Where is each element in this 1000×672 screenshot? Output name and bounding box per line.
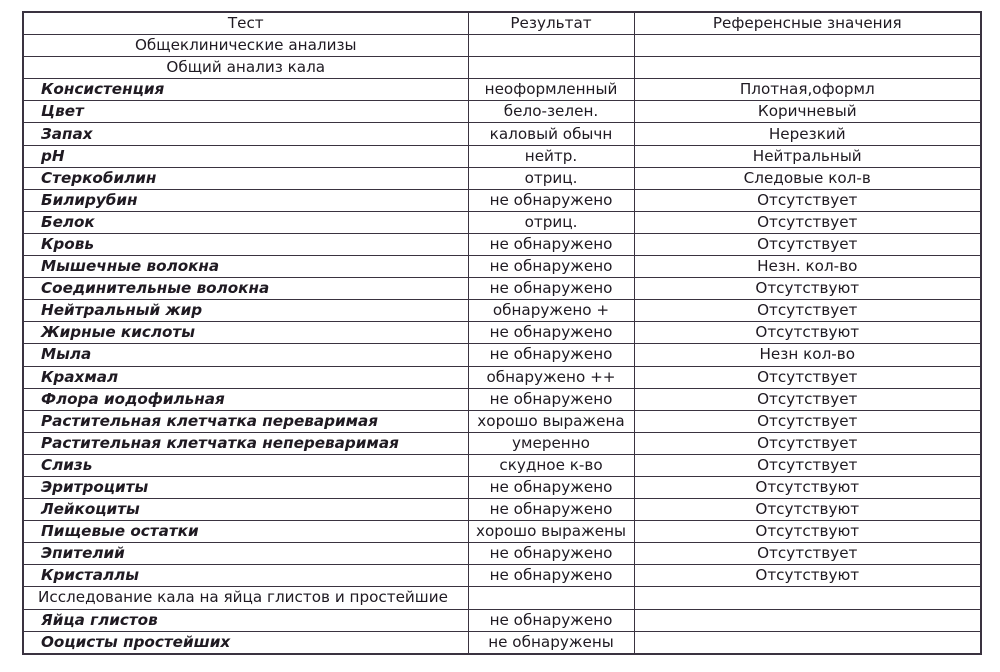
section-title: Исследование кала на яйца глистов и прос… — [23, 587, 468, 609]
table-row: Билирубинне обнаруженоОтсутствует — [23, 189, 981, 211]
reference-value: Отсутствуют — [634, 476, 981, 498]
result-value: не обнаружено — [468, 499, 634, 521]
test-name: Консистенция — [23, 79, 468, 101]
result-value: отриц. — [468, 211, 634, 233]
test-name: Яйца глистов — [23, 609, 468, 631]
table-row: Растительная клетчатка переваримаяхорошо… — [23, 410, 981, 432]
table-row: Кристаллыне обнаруженоОтсутствуют — [23, 565, 981, 587]
test-name: Слизь — [23, 454, 468, 476]
table-row: Эритроцитыне обнаруженоОтсутствуют — [23, 476, 981, 498]
table-row: Флора иодофильнаяне обнаруженоОтсутствуе… — [23, 388, 981, 410]
result-value: неоформленный — [468, 79, 634, 101]
table-row: Стеркобилинотриц.Следовые кол-в — [23, 167, 981, 189]
table-row: Цветбело-зелен.Коричневый — [23, 101, 981, 123]
test-name: Жирные кислоты — [23, 322, 468, 344]
table-row: Мышечные волокнане обнаруженоНезн. кол-в… — [23, 256, 981, 278]
result-value: обнаружено + — [468, 300, 634, 322]
reference-value: Нерезкий — [634, 123, 981, 145]
section-title: Общий анализ кала — [23, 57, 468, 79]
test-name: pH — [23, 145, 468, 167]
header-reference: Референсные значения — [634, 12, 981, 35]
result-value: нейтр. — [468, 145, 634, 167]
header-test: Тест — [23, 12, 468, 35]
test-name: Мышечные волокна — [23, 256, 468, 278]
table-row: Жирные кислотыне обнаруженоОтсутствуют — [23, 322, 981, 344]
test-name: Запах — [23, 123, 468, 145]
result-value: не обнаружено — [468, 543, 634, 565]
test-name: Пищевые остатки — [23, 521, 468, 543]
result-value: не обнаружено — [468, 233, 634, 255]
reference-value — [634, 35, 981, 57]
table-row: pHнейтр.Нейтральный — [23, 145, 981, 167]
reference-value: Отсутствует — [634, 454, 981, 476]
test-name: Ооцисты простейших — [23, 631, 468, 654]
result-value: не обнаружены — [468, 631, 634, 654]
lab-results-table: Тест Результат Референсные значения Обще… — [22, 11, 982, 655]
reference-value — [634, 57, 981, 79]
test-name: Лейкоциты — [23, 499, 468, 521]
reference-value: Отсутствуют — [634, 278, 981, 300]
reference-value: Отсутствуют — [634, 565, 981, 587]
table-row: Мылане обнаруженоНезн кол-во — [23, 344, 981, 366]
table-row: Пищевые остаткихорошо выраженыОтсутствую… — [23, 521, 981, 543]
reference-value: Плотная,оформл — [634, 79, 981, 101]
table-row: Крахмалобнаружено ++Отсутствует — [23, 366, 981, 388]
result-value: не обнаружено — [468, 388, 634, 410]
reference-value — [634, 631, 981, 654]
reference-value: Отсутствуют — [634, 499, 981, 521]
result-value: бело-зелен. — [468, 101, 634, 123]
result-value: каловый обычн — [468, 123, 634, 145]
table-row: Эпителийне обнаруженоОтсутствует — [23, 543, 981, 565]
table-row: Нейтральный жиробнаружено +Отсутствует — [23, 300, 981, 322]
result-value: обнаружено ++ — [468, 366, 634, 388]
table-row: Запахкаловый обычнНерезкий — [23, 123, 981, 145]
reference-value: Отсутствует — [634, 189, 981, 211]
reference-value: Следовые кол-в — [634, 167, 981, 189]
reference-value: Коричневый — [634, 101, 981, 123]
result-value: не обнаружено — [468, 322, 634, 344]
section-row: Общеклинические анализы — [23, 35, 981, 57]
test-name: Билирубин — [23, 189, 468, 211]
result-value: не обнаружено — [468, 565, 634, 587]
reference-value: Отсутствует — [634, 300, 981, 322]
result-value — [468, 587, 634, 609]
reference-value: Отсутствует — [634, 543, 981, 565]
test-name: Мыла — [23, 344, 468, 366]
table-row: Лейкоцитыне обнаруженоОтсутствуют — [23, 499, 981, 521]
table-row: Ооцисты простейшихне обнаружены — [23, 631, 981, 654]
header-result: Результат — [468, 12, 634, 35]
section-title: Общеклинические анализы — [23, 35, 468, 57]
table-row: Растительная клетчатка непереваримаяумер… — [23, 432, 981, 454]
result-value: хорошо выражена — [468, 410, 634, 432]
table-row: Белокотриц.Отсутствует — [23, 211, 981, 233]
reference-value: Отсутствует — [634, 432, 981, 454]
result-value: не обнаружено — [468, 189, 634, 211]
reference-value: Отсутствует — [634, 388, 981, 410]
table-row: КонсистенциянеоформленныйПлотная,оформл — [23, 79, 981, 101]
reference-value: Отсутствует — [634, 211, 981, 233]
test-name: Крахмал — [23, 366, 468, 388]
section-row: Исследование кала на яйца глистов и прос… — [23, 587, 981, 609]
test-name: Белок — [23, 211, 468, 233]
reference-value: Незн кол-во — [634, 344, 981, 366]
table-body: Общеклинические анализыОбщий анализ кала… — [23, 35, 981, 654]
test-name: Эритроциты — [23, 476, 468, 498]
section-row: Общий анализ кала — [23, 57, 981, 79]
result-value: не обнаружено — [468, 476, 634, 498]
result-value: не обнаружено — [468, 344, 634, 366]
table-header-row: Тест Результат Референсные значения — [23, 12, 981, 35]
result-value: умеренно — [468, 432, 634, 454]
reference-value: Отсутствует — [634, 410, 981, 432]
reference-value: Нейтральный — [634, 145, 981, 167]
table-row: Слизьскудное к-воОтсутствует — [23, 454, 981, 476]
reference-value: Отсутствует — [634, 233, 981, 255]
result-value: не обнаружено — [468, 256, 634, 278]
result-value: не обнаружено — [468, 278, 634, 300]
test-name: Соединительные волокна — [23, 278, 468, 300]
test-name: Нейтральный жир — [23, 300, 468, 322]
reference-value: Отсутствует — [634, 366, 981, 388]
test-name: Стеркобилин — [23, 167, 468, 189]
test-name: Цвет — [23, 101, 468, 123]
table-row: Соединительные волокнане обнаруженоОтсут… — [23, 278, 981, 300]
result-value: не обнаружено — [468, 609, 634, 631]
test-name: Эпителий — [23, 543, 468, 565]
test-name: Кровь — [23, 233, 468, 255]
result-value — [468, 57, 634, 79]
result-value: скудное к-во — [468, 454, 634, 476]
result-value: отриц. — [468, 167, 634, 189]
reference-value — [634, 609, 981, 631]
test-name: Растительная клетчатка переваримая — [23, 410, 468, 432]
test-name: Растительная клетчатка непереваримая — [23, 432, 468, 454]
result-value — [468, 35, 634, 57]
result-value: хорошо выражены — [468, 521, 634, 543]
table-row: Кровьне обнаруженоОтсутствует — [23, 233, 981, 255]
reference-value: Отсутствуют — [634, 322, 981, 344]
test-name: Флора иодофильная — [23, 388, 468, 410]
table-row: Яйца глистовне обнаружено — [23, 609, 981, 631]
reference-value: Незн. кол-во — [634, 256, 981, 278]
reference-value: Отсутствуют — [634, 521, 981, 543]
reference-value — [634, 587, 981, 609]
test-name: Кристаллы — [23, 565, 468, 587]
